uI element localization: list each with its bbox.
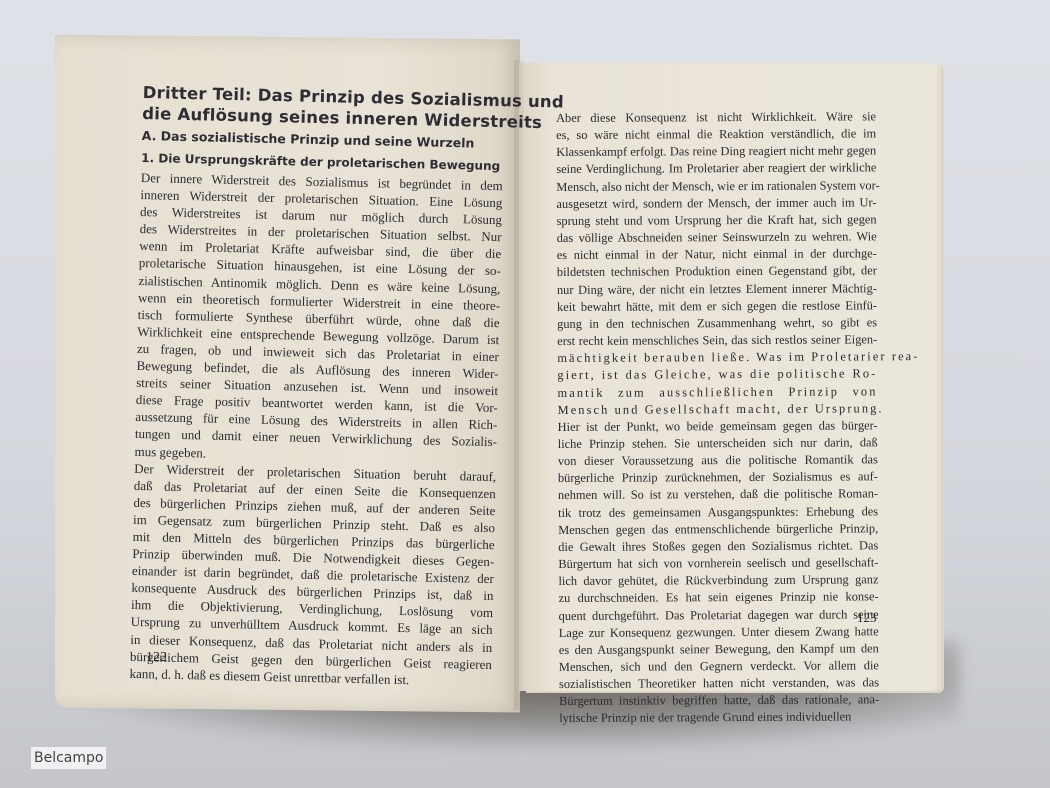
page-number-left: 122	[146, 650, 167, 666]
text-line: von dieser Voraussetzung aus die politis…	[558, 451, 878, 470]
watermark-label: Belcampo	[31, 747, 106, 769]
text-line: giert, ist das Gleiche, was die politisc…	[557, 366, 877, 385]
text-line: sozialistischen Theoretiker hatten nicht…	[559, 674, 879, 693]
text-line: seine Verdinglichung. Im Proletarier abe…	[556, 160, 876, 179]
paragraph-1: Der innere Widerstreit des Sozialismus i…	[134, 169, 502, 468]
text-line: mantik zum ausschließlichen Prinzip von	[557, 383, 877, 402]
text-line: Hier ist der Punkt, wo beide gemeinsam g…	[558, 417, 878, 436]
text-line: Klassenkampf erfolgt. Das reine Ding rea…	[556, 143, 876, 162]
right-page-content: Aber diese Konsequenz ist nicht Wirklich…	[556, 108, 879, 727]
text-line: es den Ausgangspunkt seiner Bewegung, de…	[559, 640, 879, 659]
text-line: sprung steht und vom Ursprung her die Kr…	[557, 211, 877, 230]
text-line: Mensch und Gesellschaft macht, der Urspr…	[558, 400, 878, 419]
text-line: Lage zur Konsequenz gezwungen. Unter die…	[559, 623, 879, 642]
text-line: Mensch, also nicht der Mensch, wie er im…	[556, 177, 876, 196]
page-number-right: 123	[857, 610, 877, 626]
text-line: quent durchgeführt. Das Proletariat dage…	[559, 606, 879, 625]
text-line: nur Ding wäre, der nicht ein letztes Ele…	[557, 280, 877, 299]
paragraph-2: Der Widerstreit der proletarischen Situa…	[129, 459, 496, 689]
chapter-title: Dritter Teil: Das Prinzip des Sozialismu…	[142, 82, 505, 132]
text-line: keit bewahrt hätte, mit dem er sich gege…	[557, 297, 877, 316]
text-line: mächtigkeit berauben ließe. Was im Prole…	[557, 349, 877, 368]
text-line: lich davor gehütet, die Rückverbindung z…	[558, 572, 878, 591]
text-line: bürgerliche Prinzip zurücknehmen, der So…	[558, 469, 878, 488]
text-line: liche Prinzip stehen. Sie unterscheiden …	[558, 434, 878, 453]
text-line: zu durchschneiden. Es hat sein eigenes P…	[559, 589, 879, 608]
text-line: Menschen gegen das entmenschlichende bür…	[558, 520, 878, 539]
book-gutter	[514, 60, 524, 710]
text-line: lytische Prinzip nie der tragende Grund …	[559, 709, 879, 728]
text-line: Aber diese Konsequenz ist nicht Wirklich…	[556, 108, 876, 127]
text-line: die Gewalt ihres Stoßes gegen den Sozial…	[558, 537, 878, 556]
text-line: das völlige Abschneiden seiner Seinswurz…	[557, 228, 877, 247]
text-line: Menschen, sich und den Gegnern verdeckt.…	[559, 657, 879, 676]
text-line: bildetsten technischen Produktion einen …	[557, 263, 877, 282]
text-line: Bürgertum instinktiv begriffen hatte, da…	[559, 692, 879, 711]
text-line: es nicht einmal in der Natur, nicht einm…	[557, 246, 877, 265]
section-heading: A. Das sozialistische Prinzip und seine …	[142, 128, 504, 152]
text-line: Bürgertum hat sich von vornherein seelis…	[558, 554, 878, 573]
text-line: gung in den technischen Zusammenhang weh…	[557, 314, 877, 333]
left-page-content: Dritter Teil: Das Prinzip des Sozialismu…	[129, 82, 505, 690]
text-line: ausgesetzt wird, sondern der Mensch, der…	[556, 194, 876, 213]
text-line: tik trotz des gemeinsamen Ausgangspunkte…	[558, 503, 878, 522]
text-line: es, so wäre nicht einmal die Reaktion ve…	[556, 125, 876, 144]
text-line: erst recht kein menschliches Sein, das s…	[557, 331, 877, 350]
text-line: nehmen will. So ist zu verstehen, daß di…	[558, 486, 878, 505]
